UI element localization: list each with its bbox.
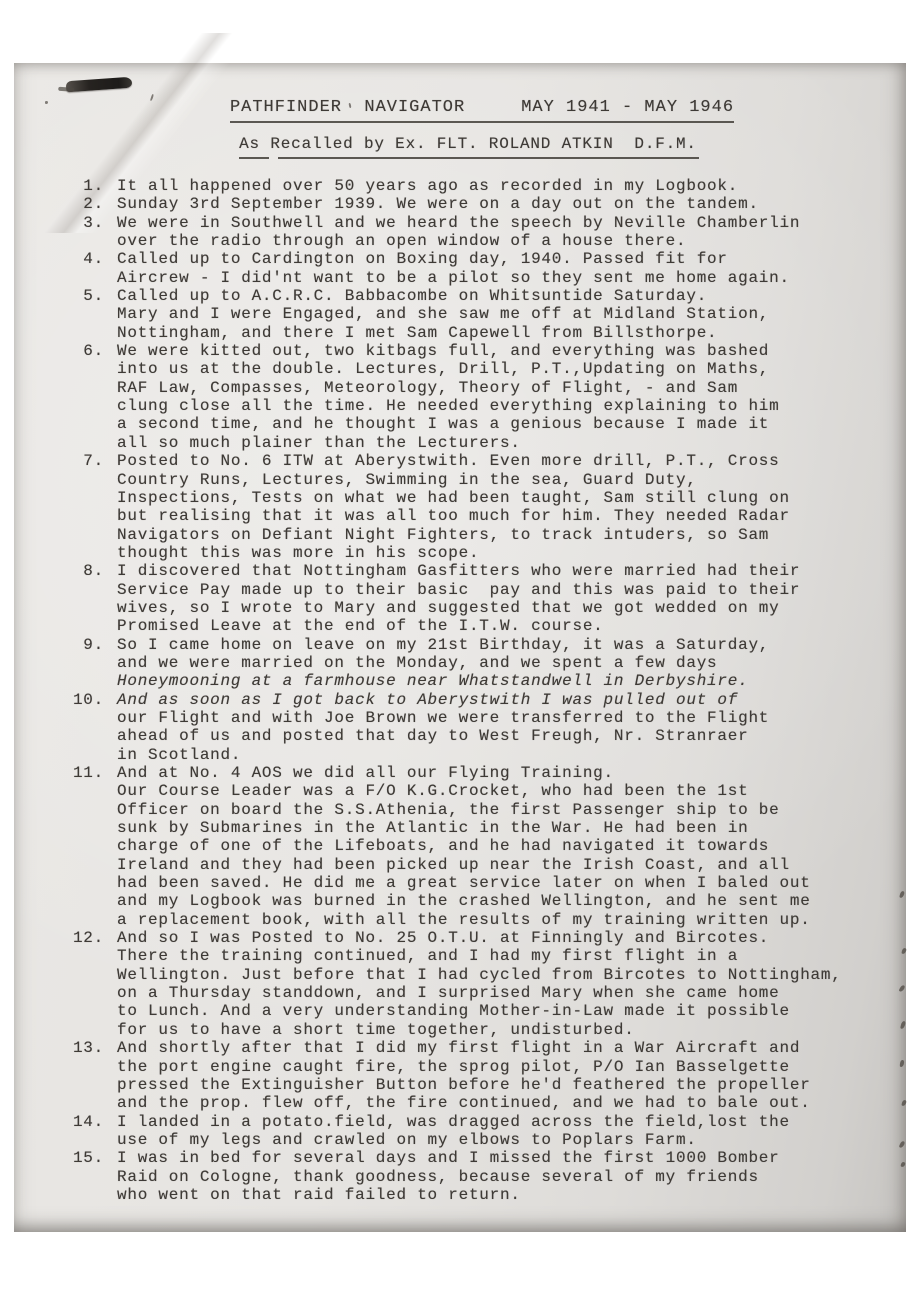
item-number: 13. [14,1039,104,1057]
list-item: 9.So I came home on leave on my 21st Bir… [14,636,906,691]
text-line: sunk by Submarines in the Atlantic in th… [117,819,906,837]
item-text: I landed in a potato.field, was dragged … [117,1113,906,1150]
text-line: but realising that it was all too much f… [117,507,906,525]
item-text: I discovered that Nottingham Gasfitters … [117,562,906,635]
document-title: PATHFINDER NAVIGATOR MAY 1941 - MAY 1946 [230,98,734,123]
text-line: the port engine caught fire, the sprog p… [117,1058,906,1076]
text-line: all so much plainer than the Lecturers. [117,434,906,452]
list-item: 6.We were kitted out, two kitbags full, … [14,342,906,452]
text-line: in Scotland. [117,746,906,764]
text-line: Officer on board the S.S.Athenia, the fi… [117,801,906,819]
text-line: Navigators on Defiant Night Fighters, to… [117,526,906,544]
text-line: And so I was Posted to No. 25 O.T.U. at … [117,929,906,947]
list-item: 5.Called up to A.C.R.C. Babbacombe on Wh… [14,287,906,342]
text-line: who went on that raid failed to return. [117,1186,906,1204]
text-line: I landed in a potato.field, was dragged … [117,1113,906,1131]
memoir-list: 1.It all happened over 50 years ago as r… [14,177,906,1204]
item-text: And as soon as I got back to Aberystwith… [117,691,906,764]
text-line: And at No. 4 AOS we did all our Flying T… [117,764,906,782]
item-number: 5. [14,287,104,305]
list-item: 14.I landed in a potato.field, was dragg… [14,1113,906,1150]
list-item: 7.Posted to No. 6 ITW at Aberystwith. Ev… [14,452,906,562]
item-text: I was in bed for several days and I miss… [117,1149,906,1204]
text-line: Aircrew - I did'nt want to be a pilot so… [117,269,906,287]
list-item: 15.I was in bed for several days and I m… [14,1149,906,1204]
staple-mark [66,77,133,93]
text-line: clung close all the time. He needed ever… [117,397,906,415]
list-item: 2.Sunday 3rd September 1939. We were on … [14,195,906,213]
text-line: Our Course Leader was a F/O K.G.Crocket,… [117,782,906,800]
page-background: PATHFINDER NAVIGATOR MAY 1941 - MAY 1946… [0,0,920,1301]
text-line: over the radio through an open window of… [117,232,906,250]
item-text: Called up to Cardington on Boxing day, 1… [117,250,906,287]
item-text: We were in Southwell and we heard the sp… [117,214,906,251]
text-line: charge of one of the Lifeboats, and he h… [117,837,906,855]
text-line: And shortly after that I did my first fl… [117,1039,906,1057]
text-line: We were kitted out, two kitbags full, an… [117,342,906,360]
item-text: We were kitted out, two kitbags full, an… [117,342,906,452]
text-line: There the training continued, and I had … [117,947,906,965]
item-number: 7. [14,452,104,470]
text-line: ahead of us and posted that day to West … [117,727,906,745]
text-line: our Flight and with Joe Brown we were tr… [117,709,906,727]
item-number: 9. [14,636,104,654]
text-line: pressed the Extinguisher Button before h… [117,1076,906,1094]
text-line: thought this was more in his scope. [117,544,906,562]
item-number: 10. [14,691,104,709]
text-line: Nottingham, and there I met Sam Capewell… [117,324,906,342]
item-number: 8. [14,562,104,580]
text-line: RAF Law, Compasses, Meteorology, Theory … [117,379,906,397]
item-text: Posted to No. 6 ITW at Aberystwith. Even… [117,452,906,562]
list-item: 1.It all happened over 50 years ago as r… [14,177,906,195]
item-text: Called up to A.C.R.C. Babbacombe on Whit… [117,287,906,342]
text-line: I discovered that Nottingham Gasfitters … [117,562,906,580]
item-text: And so I was Posted to No. 25 O.T.U. at … [117,929,906,1039]
text-line: I was in bed for several days and I miss… [117,1149,906,1167]
text-line: had been saved. He did me a great servic… [117,874,906,892]
text-line: Honeymooning at a farmhouse near Whatsta… [117,672,906,690]
item-number: 3. [14,214,104,232]
item-number: 11. [14,764,104,782]
text-line: a replacement book, with all the results… [117,911,906,929]
text-line: use of my legs and crawled on my elbows … [117,1131,906,1149]
list-item: 4.Called up to Cardington on Boxing day,… [14,250,906,287]
text-line: Sunday 3rd September 1939. We were on a … [117,195,906,213]
item-text: And shortly after that I did my first fl… [117,1039,906,1112]
item-number: 4. [14,250,104,268]
text-line: into us at the double. Lectures, Drill, … [117,360,906,378]
text-line: Mary and I were Engaged, and she saw me … [117,305,906,323]
text-line: and the prop. flew off, the fire continu… [117,1094,906,1112]
text-line: Inspections, Tests on what we had been t… [117,489,906,507]
item-number: 12. [14,929,104,947]
document-subtitle: As Recalled by Ex. FLT. ROLAND ATKIN D.F… [239,135,697,154]
text-line: to Lunch. And a very understanding Mothe… [117,1002,906,1020]
item-number: 15. [14,1149,104,1167]
list-item: 3.We were in Southwell and we heard the … [14,214,906,251]
text-line: It all happened over 50 years ago as rec… [117,177,906,195]
text-line: So I came home on leave on my 21st Birth… [117,636,906,654]
text-line: Raid on Cologne, thank goodness, because… [117,1168,906,1186]
item-number: 6. [14,342,104,360]
text-line: We were in Southwell and we heard the sp… [117,214,906,232]
list-item: 11.And at No. 4 AOS we did all our Flyin… [14,764,906,929]
list-item: 8.I discovered that Nottingham Gasfitter… [14,562,906,635]
text-line: Service Pay made up to their basic pay a… [117,581,906,599]
text-line: and we were married on the Monday, and w… [117,654,906,672]
text-line: for us to have a short time together, un… [117,1021,906,1039]
list-item: 12.And so I was Posted to No. 25 O.T.U. … [14,929,906,1039]
text-line: a second time, and he thought I was a ge… [117,415,906,433]
text-line: Posted to No. 6 ITW at Aberystwith. Even… [117,452,906,470]
text-line: and my Logbook was burned in the crashed… [117,892,906,910]
text-line: Promised Leave at the end of the I.T.W. … [117,617,906,635]
text-line: on a Thursday standdown, and I surprised… [117,984,906,1002]
document-header: PATHFINDER NAVIGATOR MAY 1941 - MAY 1946… [14,98,906,154]
item-text: And at No. 4 AOS we did all our Flying T… [117,764,906,929]
item-text: Sunday 3rd September 1939. We were on a … [117,195,906,213]
text-line: Called up to Cardington on Boxing day, 1… [117,250,906,268]
scanned-paper: PATHFINDER NAVIGATOR MAY 1941 - MAY 1946… [14,63,906,1232]
text-line: wives, so I wrote to Mary and suggested … [117,599,906,617]
list-item: 10.And as soon as I got back to Aberystw… [14,691,906,764]
item-text: It all happened over 50 years ago as rec… [117,177,906,195]
text-line: Country Runs, Lectures, Swimming in the … [117,471,906,489]
text-line: Called up to A.C.R.C. Babbacombe on Whit… [117,287,906,305]
text-line: And as soon as I got back to Aberystwith… [117,691,906,709]
item-number: 2. [14,195,104,213]
item-number: 1. [14,177,104,195]
text-line: Wellington. Just before that I had cycle… [117,966,906,984]
item-text: So I came home on leave on my 21st Birth… [117,636,906,691]
item-number: 14. [14,1113,104,1131]
text-line: Ireland and they had been picked up near… [117,856,906,874]
list-item: 13.And shortly after that I did my first… [14,1039,906,1112]
